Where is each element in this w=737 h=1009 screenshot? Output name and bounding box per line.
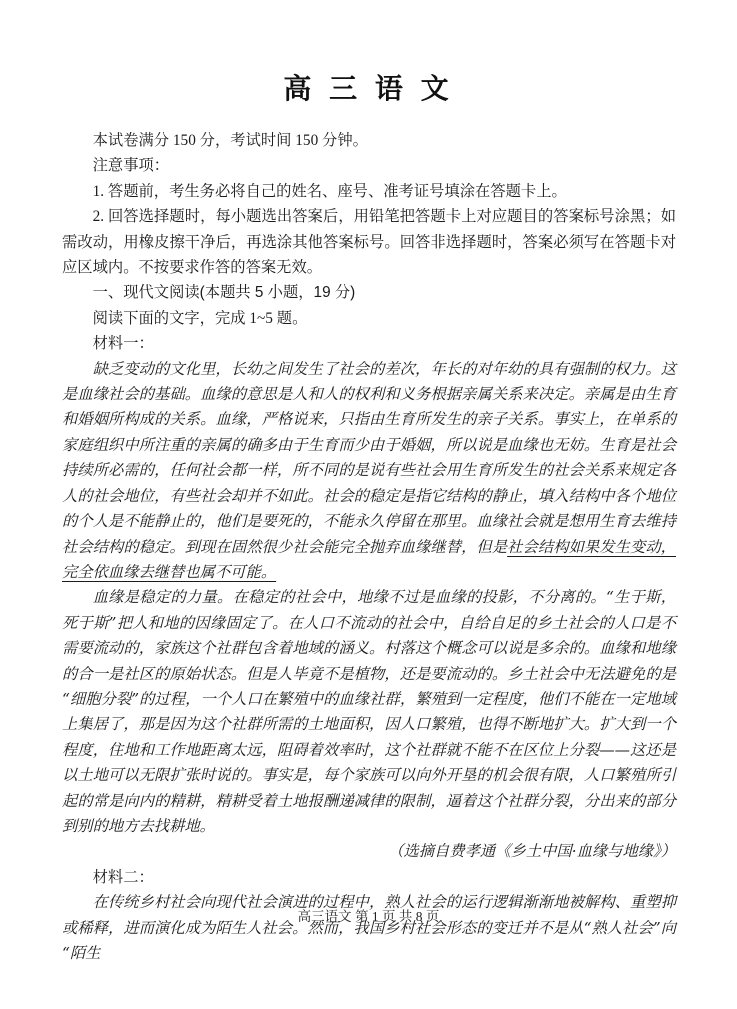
material-one-label: 材料一： bbox=[62, 331, 676, 356]
notice-item-1: 1. 答题前，考生务必将自己的姓名、座号、准考证号填涂在答题卡上。 bbox=[62, 179, 676, 204]
reading-instruction: 阅读下面的文字，完成 1~5 题。 bbox=[62, 306, 676, 331]
notice-title: 注意事项： bbox=[62, 153, 676, 178]
material-one-paragraph-1: 缺乏变动的文化里，长幼之间发生了社会的差次，年长的对年幼的具有强制的权力。这是血… bbox=[62, 357, 676, 586]
section-one-heading: 一、现代文阅读(本题共 5 小题，19 分) bbox=[62, 280, 676, 305]
page-title: 高 三 语 文 bbox=[0, 72, 737, 106]
notice-item-2: 2. 回答选择题时，每小题选出答案后，用铅笔把答题卡上对应题目的答案标号涂黑；如… bbox=[62, 204, 676, 280]
exam-page: 高 三 语 文 本试卷满分 150 分，考试时间 150 分钟。 注意事项： 1… bbox=[0, 0, 737, 1009]
material-two-paragraph-1: 在传统乡村社会向现代社会演进的过程中，熟人社会的运行逻辑渐渐地被解构、重塑抑或稀… bbox=[62, 890, 676, 966]
exam-info-line: 本试卷满分 150 分，考试时间 150 分钟。 bbox=[62, 128, 676, 153]
material-one-paragraph-2: 血缘是稳定的力量。在稳定的社会中，地缘不过是血缘的投影，不分离的。“生于斯，死于… bbox=[62, 585, 676, 839]
exam-content: 本试卷满分 150 分，考试时间 150 分钟。 注意事项： 1. 答题前，考生… bbox=[62, 128, 676, 966]
page-footer: 高三语文 第 1 页 共 8 页 bbox=[0, 905, 737, 925]
material-two-label: 材料二： bbox=[62, 865, 676, 890]
material-one-para1-text: 缺乏变动的文化里，长幼之间发生了社会的差次，年长的对年幼的具有强制的权力。这是血… bbox=[62, 360, 676, 556]
material-one-attribution: （选摘自费孝通《乡土中国·血缘与地缘》） bbox=[62, 839, 676, 864]
